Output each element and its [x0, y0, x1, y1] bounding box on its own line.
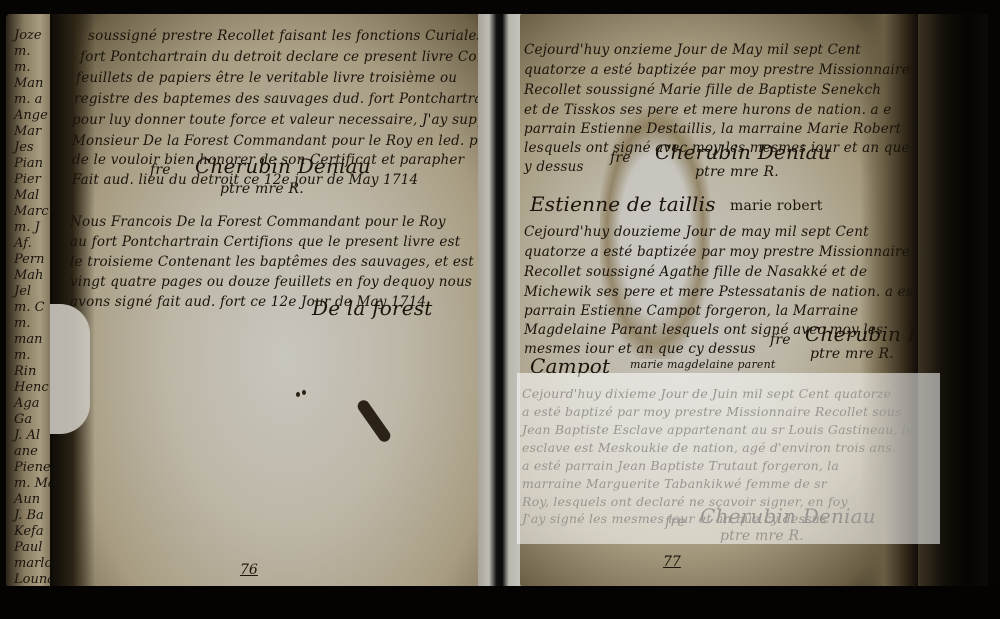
- margin-text-line: Louna: [14, 572, 55, 587]
- background-shadow: [0, 586, 1000, 619]
- left-page: soussigné prestre Recollet faisant les f…: [50, 14, 480, 586]
- margin-text-line: Joze: [14, 28, 42, 43]
- margin-text-line: m.: [14, 316, 30, 331]
- margin-text-line: J. Ba: [14, 508, 44, 523]
- margin-text-line: m. J: [14, 220, 40, 235]
- ink-blot: [355, 398, 392, 444]
- margin-text-line: Jel: [14, 284, 31, 299]
- text-line: au fort Pontchartrain Certifions que le …: [70, 234, 460, 250]
- text-line: vingt quatre pages ou douze feuillets en…: [70, 274, 472, 290]
- margin-text-line: Aga: [14, 396, 39, 411]
- signature-de-la-forest: De la forest: [312, 296, 432, 320]
- text-line: Monsieur De la Forest Commandant pour le…: [72, 133, 507, 149]
- text-line: fort Pontchartrain du detroit declare ce…: [80, 49, 531, 65]
- margin-text-line: Marc: [14, 204, 49, 219]
- right-page: Cejourd'huy onzieme Jour de May mil sept…: [520, 14, 920, 586]
- margin-text-line: Piene: [14, 460, 51, 475]
- margin-text-line: Af.: [14, 236, 32, 251]
- margin-text-line: ane: [14, 444, 38, 459]
- text-line: feuillets de papiers être le veritable l…: [76, 70, 457, 86]
- page-number: 76: [240, 562, 258, 578]
- margin-text-line: m.: [14, 44, 30, 59]
- margin-text-line: Man: [14, 76, 43, 91]
- page-tear: [50, 304, 90, 434]
- text-line: registre des baptemes des sauvages dud. …: [74, 91, 514, 107]
- margin-text-line: Aun: [14, 492, 40, 507]
- book-gutter: [478, 14, 522, 586]
- margin-text-line: m. a: [14, 92, 42, 107]
- margin-text-line: Mah: [14, 268, 43, 283]
- margin-text-line: Henc: [14, 380, 49, 395]
- margin-text-line: Pier: [14, 172, 41, 187]
- page-edge: [860, 14, 920, 586]
- ink-dot: [302, 390, 306, 395]
- signature-deniau: Cherubin Deniau: [700, 504, 876, 528]
- book-binding-edge: [918, 14, 988, 594]
- text-line: le troisieme Contenant les baptêmes des …: [70, 254, 495, 270]
- witness-signature: Campot: [530, 354, 610, 378]
- margin-text-line: Ange: [14, 108, 48, 123]
- margin-text-line: Jes: [14, 140, 34, 155]
- margin-text-line: m. C: [14, 300, 45, 315]
- ink-dot: [296, 392, 300, 397]
- margin-text-line: Rin: [14, 364, 36, 379]
- margin-text-line: m.: [14, 348, 30, 363]
- witness-signature: marie magdelaine parent: [630, 358, 776, 371]
- margin-text-line: Kefa: [14, 524, 44, 539]
- margin-text-line: Ga: [14, 412, 32, 427]
- margin-text-line: Mar: [14, 124, 41, 139]
- signature-deniau: Cherubin Deniau: [655, 140, 831, 164]
- manuscript-photo: Jozem.m.Manm. aAngeMarJesPianPierMalMarc…: [0, 0, 1000, 619]
- page-number: 77: [663, 554, 681, 570]
- margin-text-line: J. Al: [14, 428, 40, 443]
- margin-text-line: Mal: [14, 188, 39, 203]
- text-line: soussigné prestre Recollet faisant les f…: [88, 28, 484, 44]
- witness-signature: Estienne de taillis: [530, 192, 716, 216]
- margin-text-line: Pern: [14, 252, 44, 267]
- margin-text-line: man: [14, 332, 42, 347]
- margin-text-line: Paul: [14, 540, 42, 555]
- margin-text-line: m.: [14, 60, 30, 75]
- text-line: Nous Francois De la Forest Commandant po…: [70, 214, 446, 230]
- witness-signature: marie robert: [730, 198, 823, 214]
- margin-text-line: Pian: [14, 156, 43, 171]
- text-line: pour luy donner toute force et valeur ne…: [72, 112, 503, 128]
